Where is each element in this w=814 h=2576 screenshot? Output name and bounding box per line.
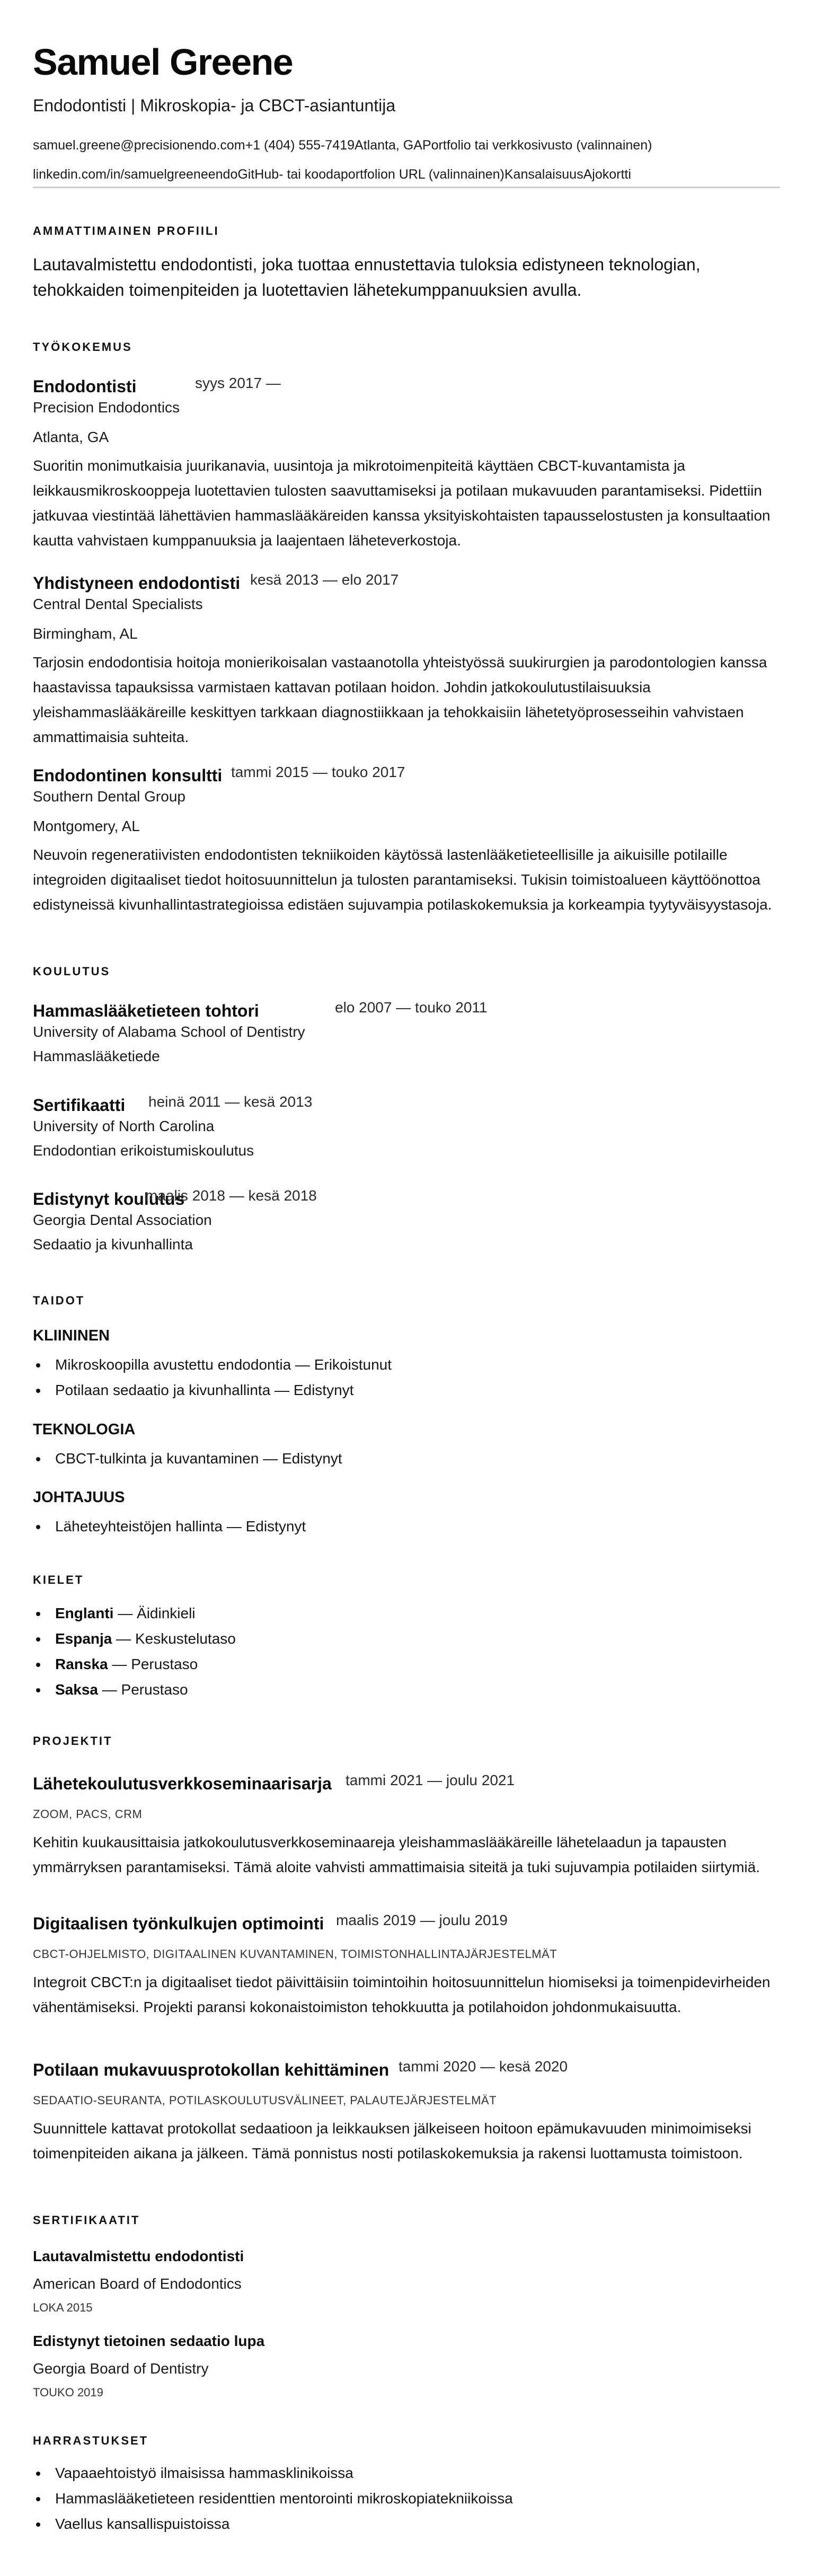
candidate-name: Samuel Greene [33, 43, 293, 81]
certification-issuer: American Board of Endodontics [33, 2275, 244, 2293]
project-technologies: SEDAATIO-SEURANTA, POTILASKOULUTUSVÄLINE… [33, 2094, 780, 2107]
project-date: maalis 2019 — joulu 2019 [336, 1912, 508, 1929]
linkedin-link[interactable]: linkedin.com/in/samuelgreeneendo [33, 167, 237, 182]
job-company: Central Dental Specialists [33, 595, 780, 613]
project-date: tammi 2021 — joulu 2021 [346, 1772, 515, 1789]
skill-item: Läheteyhteistöjen hallinta — Edistynyt [33, 1514, 306, 1539]
skill-list: Mikroskoopilla avustettu endodontia — Er… [33, 1352, 392, 1403]
section-title-certifications: Sertifikaatit [33, 2215, 140, 2226]
portfolio-link[interactable]: Portfolio tai verkkosivusto (valinnainen… [422, 138, 652, 153]
skill-item: Mikroskoopilla avustettu endodontia — Er… [33, 1352, 392, 1378]
email-link[interactable]: samuel.greene@precisionendo.com [33, 138, 245, 153]
certification-date: TOUKO 2019 [33, 2386, 264, 2399]
language-name: Englanti [55, 1605, 113, 1621]
language-level: Perustaso [131, 1656, 198, 1672]
language-item: Englanti — Äidinkieli [33, 1601, 236, 1626]
school-name: University of North Carolina [33, 1117, 780, 1135]
project-technologies: ZOOM, PACS, CRM [33, 1807, 780, 1821]
job-location: Atlanta, GA [33, 428, 780, 446]
job-title: Endodontisti [33, 377, 137, 396]
education-entry: Hammaslääketieteen tohtori elo 2007 — to… [33, 1002, 780, 1065]
experience-entry: Endodontinen konsultti tammi 2015 — touk… [33, 766, 780, 917]
project-description: Kehitin kuukausittaisia jatkokoulutusver… [33, 1830, 785, 1880]
certification-name: Edistynyt tietoinen sedaatio lupa [33, 2332, 264, 2350]
language-level: Keskustelutaso [135, 1630, 236, 1647]
job-date: syys 2017 — [195, 375, 281, 392]
interest-item: Hammaslääketieteen residenttien mentoroi… [33, 2486, 513, 2511]
education-date: maalis 2018 — kesä 2018 [145, 1188, 317, 1204]
job-company: Precision Endodontics [33, 399, 780, 417]
project-entry: Digitaalisen työnkulkujen optimointi maa… [33, 1915, 780, 2019]
language-item: Saksa — Perustaso [33, 1677, 236, 1702]
education-entry: Sertifikaatti heinä 2011 — kesä 2013 Uni… [33, 1096, 780, 1159]
profile-summary: Lautavalmistettu endodontisti, joka tuot… [33, 252, 780, 303]
job-description: Tarjosin endodontisia hoitoja monierikoi… [33, 650, 785, 749]
language-separator: — [112, 1630, 135, 1647]
skill-item: Potilaan sedaatio ja kivunhallinta — Edi… [33, 1378, 392, 1403]
interest-item: Vapaaehtoistyö ilmaisissa hammasklinikoi… [33, 2460, 513, 2486]
job-title: Endodontinen konsultti [33, 766, 222, 785]
certification-date: LOKA 2015 [33, 2301, 244, 2315]
phone-link[interactable]: +1 (404) 555-7419 [245, 138, 355, 153]
citizenship-text: Kansalaisuus [505, 167, 583, 182]
job-title: Yhdistyneen endodontisti [33, 574, 240, 593]
certification-entry: Edistynyt tietoinen sedaatio lupa Georgi… [33, 2332, 264, 2400]
interest-item: Vaellus kansallispuistoissa [33, 2511, 513, 2537]
project-description: Suunnittele kattavat protokollat sedaati… [33, 2116, 785, 2166]
section-title-interests: Harrastukset [33, 2435, 148, 2447]
project-title: Digitaalisen työnkulkujen optimointi [33, 1915, 324, 1933]
contact-row-2: linkedin.com/in/samuelgreeneendoGitHub- … [33, 166, 631, 182]
interests-list: Vapaaehtoistyö ilmaisissa hammasklinikoi… [33, 2460, 513, 2537]
field-of-study: Endodontian erikoistumiskoulutus [33, 1142, 780, 1160]
language-level: Äidinkieli [137, 1605, 196, 1621]
language-level: Perustaso [121, 1681, 188, 1698]
job-company: Southern Dental Group [33, 788, 780, 806]
job-date: kesä 2013 — elo 2017 [250, 572, 399, 588]
project-entry: Potilaan mukavuusprotokollan kehittämine… [33, 2061, 780, 2166]
language-separator: — [108, 1656, 131, 1672]
job-location: Montgomery, AL [33, 817, 780, 835]
section-title-skills: Taidot [33, 1295, 85, 1307]
certification-name: Lautavalmistettu endodontisti [33, 2247, 244, 2265]
skill-list: Läheteyhteistöjen hallinta — Edistynyt [33, 1514, 306, 1539]
job-description: Neuvoin regeneratiivisten endodontisten … [33, 842, 785, 917]
language-item: Ranska — Perustaso [33, 1652, 236, 1677]
degree-title: Sertifikaatti [33, 1096, 125, 1115]
language-separator: — [113, 1605, 137, 1621]
education-entry: Edistynyt koulutus maalis 2018 — kesä 20… [33, 1190, 780, 1253]
certification-entry: Lautavalmistettu endodontisti American B… [33, 2247, 244, 2315]
job-description: Suoritin monimutkaisia juurikanavia, uus… [33, 453, 785, 553]
experience-entry: Yhdistyneen endodontisti kesä 2013 — elo… [33, 574, 780, 749]
section-title-languages: Kielet [33, 1574, 84, 1586]
language-list: Englanti — Äidinkieli Espanja — Keskuste… [33, 1601, 236, 1702]
language-separator: — [98, 1681, 121, 1698]
language-name: Espanja [55, 1630, 112, 1647]
education-date: heinä 2011 — kesä 2013 [148, 1094, 312, 1110]
language-name: Saksa [55, 1681, 98, 1698]
skill-category: JOHTAJUUS [33, 1490, 125, 1505]
education-date: elo 2007 — touko 2011 [335, 1000, 487, 1016]
job-location: Birmingham, AL [33, 625, 780, 643]
project-title: Potilaan mukavuusprotokollan kehittämine… [33, 2061, 389, 2079]
project-date: tammi 2020 — kesä 2020 [399, 2059, 568, 2075]
section-title-education: Koulutus [33, 966, 110, 977]
section-title-experience: Työkokemus [33, 341, 132, 353]
github-link[interactable]: GitHub- tai koodaportfolion URL (valinna… [237, 167, 505, 182]
field-of-study: Hammaslääketiede [33, 1047, 780, 1065]
contact-row-1: samuel.greene@precisionendo.com+1 (404) … [33, 137, 652, 153]
location-text: Atlanta, GA [355, 138, 422, 153]
project-title: Lähetekoulutusverkkoseminaarisarja [33, 1775, 332, 1793]
candidate-headline: Endodontisti | Mikroskopia- ja CBCT-asia… [33, 95, 395, 116]
skill-list: CBCT-tulkinta ja kuvantaminen — Edistyny… [33, 1446, 342, 1471]
certification-issuer: Georgia Board of Dentistry [33, 2360, 264, 2378]
field-of-study: Sedaatio ja kivunhallinta [33, 1236, 780, 1254]
section-title-profile: Ammattimainen profiili [33, 225, 219, 237]
drivers-license-text: Ajokortti [583, 167, 631, 182]
school-name: Georgia Dental Association [33, 1211, 780, 1229]
language-name: Ranska [55, 1656, 108, 1672]
school-name: University of Alabama School of Dentistr… [33, 1023, 780, 1041]
language-item: Espanja — Keskustelutaso [33, 1626, 236, 1652]
skill-item: CBCT-tulkinta ja kuvantaminen — Edistyny… [33, 1446, 342, 1471]
project-entry: Lähetekoulutusverkkoseminaarisarja tammi… [33, 1775, 780, 1880]
degree-title: Hammaslääketieteen tohtori [33, 1002, 259, 1020]
job-date: tammi 2015 — touko 2017 [231, 764, 405, 781]
skill-category: TEKNOLOGIA [33, 1422, 135, 1437]
project-description: Integroit CBCT:n ja digitaaliset tiedot … [33, 1970, 785, 2019]
skill-category: KLIININEN [33, 1328, 110, 1344]
experience-entry: Endodontisti syys 2017 — Precision Endod… [33, 377, 780, 553]
header-divider [33, 187, 780, 188]
project-technologies: CBCT-OHJELMISTO, DIGITAALINEN KUVANTAMIN… [33, 1947, 780, 1961]
section-title-projects: Projektit [33, 1735, 112, 1747]
